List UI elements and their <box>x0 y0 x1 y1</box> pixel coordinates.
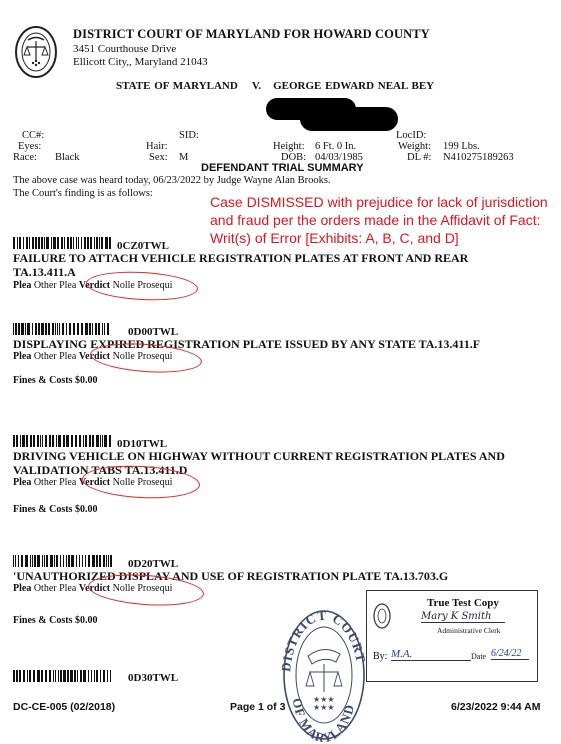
barcode-icon <box>13 323 113 335</box>
redaction-mark <box>300 107 398 131</box>
page-number: Page 1 of 3 <box>230 701 285 713</box>
hair-label: Hair: <box>146 141 168 152</box>
charge-title: DRIVING VEHICLE ON HIGHWAY WITHOUT CURRE… <box>13 449 505 463</box>
seal-text-top: DISTRICT COURT <box>282 608 366 672</box>
svg-text:DISTRICT COURT: DISTRICT COURT <box>282 608 366 672</box>
height-value: 6 Ft. 0 In. <box>315 141 356 152</box>
race-value: Black <box>55 152 80 163</box>
court-address-line2: Ellicott City,, Maryland 21043 <box>73 56 208 68</box>
cc-label: CC#: <box>22 130 44 141</box>
summary-title: DEFENDANT TRIAL SUMMARY <box>201 162 364 174</box>
plea-label: Plea <box>13 583 31 594</box>
barcode-icon <box>13 237 113 249</box>
by-label: By: <box>373 651 387 662</box>
eyes-label: Eyes: <box>18 141 41 152</box>
plea-label: Plea <box>13 351 31 362</box>
charge-block <box>13 669 113 687</box>
locid-label: LocID: <box>396 130 426 141</box>
charge-title: DISPLAYING EXPIRED REGISTRATION PLATE IS… <box>13 337 480 351</box>
court-address-line1: 3451 Courthouse Drive <box>73 43 176 55</box>
form-number: DC-CE-005 (02/2018) <box>13 701 115 713</box>
fines-costs: Fines & Costs $0.00 <box>13 375 97 386</box>
charge-title: 'UNAUTHORIZED DISPLAY AND USE OF REGISTR… <box>13 569 448 583</box>
sex-label: Sex: <box>149 152 168 163</box>
barcode-icon <box>13 670 113 682</box>
print-timestamp: 6/23/2022 9:44 AM <box>451 701 541 713</box>
court-seal-logo <box>14 25 58 79</box>
plea-value: Other Plea <box>34 351 77 362</box>
plea-label: Plea <box>13 280 31 291</box>
defendant-name: GEORGE EDWARD NEAL BEY <box>273 80 434 92</box>
seal-mini-icon <box>373 603 391 629</box>
charge-code: 0D30TWL <box>128 672 178 684</box>
case-caption: STATE OF MARYLANDV.GEORGE EDWARD NEAL BE… <box>116 80 434 92</box>
dl-label: DL #: <box>407 152 431 163</box>
barcode-icon <box>13 555 113 567</box>
court-name: DISTRICT COURT OF MARYLAND FOR HOWARD CO… <box>73 27 430 42</box>
charge-statute: TA.13.411.A <box>13 265 76 279</box>
stamp-date: 6/24/22 <box>491 648 529 660</box>
district-court-seal: DISTRICT COURT OF MARYLAND ★★★ ★★★ <box>282 608 366 742</box>
sid-label: SID: <box>179 130 199 141</box>
dismissal-annotation: Case DISMISSED with prejudice for lack o… <box>210 193 560 247</box>
sex-value: M <box>179 152 188 163</box>
verdict-circle-annotation <box>85 269 198 303</box>
height-label: Height: <box>273 141 305 152</box>
versus: V. <box>252 80 261 92</box>
weight-value: 199 Lbs. <box>443 141 480 152</box>
charge-title: FAILURE TO ATTACH VEHICLE REGISTRATION P… <box>13 251 468 265</box>
weight-label: Weight: <box>398 141 431 152</box>
true-test-copy-stamp: True Test Copy Mary K Smith Administrati… <box>366 590 538 682</box>
plea-label: Plea <box>13 477 31 488</box>
plea-value: Other Plea <box>34 583 77 594</box>
clerk-role: Administrative Clerk <box>437 626 501 635</box>
svg-text:★★★: ★★★ <box>313 703 335 712</box>
fines-costs: Fines & Costs $0.00 <box>13 615 97 626</box>
fines-costs: Fines & Costs $0.00 <box>13 504 97 515</box>
plea-value: Other Plea <box>34 477 77 488</box>
stamp-title: True Test Copy <box>427 597 499 609</box>
plaintiff: STATE OF MARYLAND <box>116 80 238 92</box>
race-label: Race: <box>13 152 37 163</box>
barcode-icon <box>13 435 113 447</box>
by-signature: M.A. <box>391 648 471 661</box>
heard-statement: The above case was heard today, 06/23/20… <box>13 175 331 186</box>
clerk-signature: Mary K Smith <box>421 611 505 623</box>
date-label: Date <box>471 652 486 661</box>
dl-value: N410275189263 <box>443 152 514 163</box>
plea-value: Other Plea <box>34 280 77 291</box>
finding-statement: The Court's finding is as follows: <box>13 188 153 199</box>
